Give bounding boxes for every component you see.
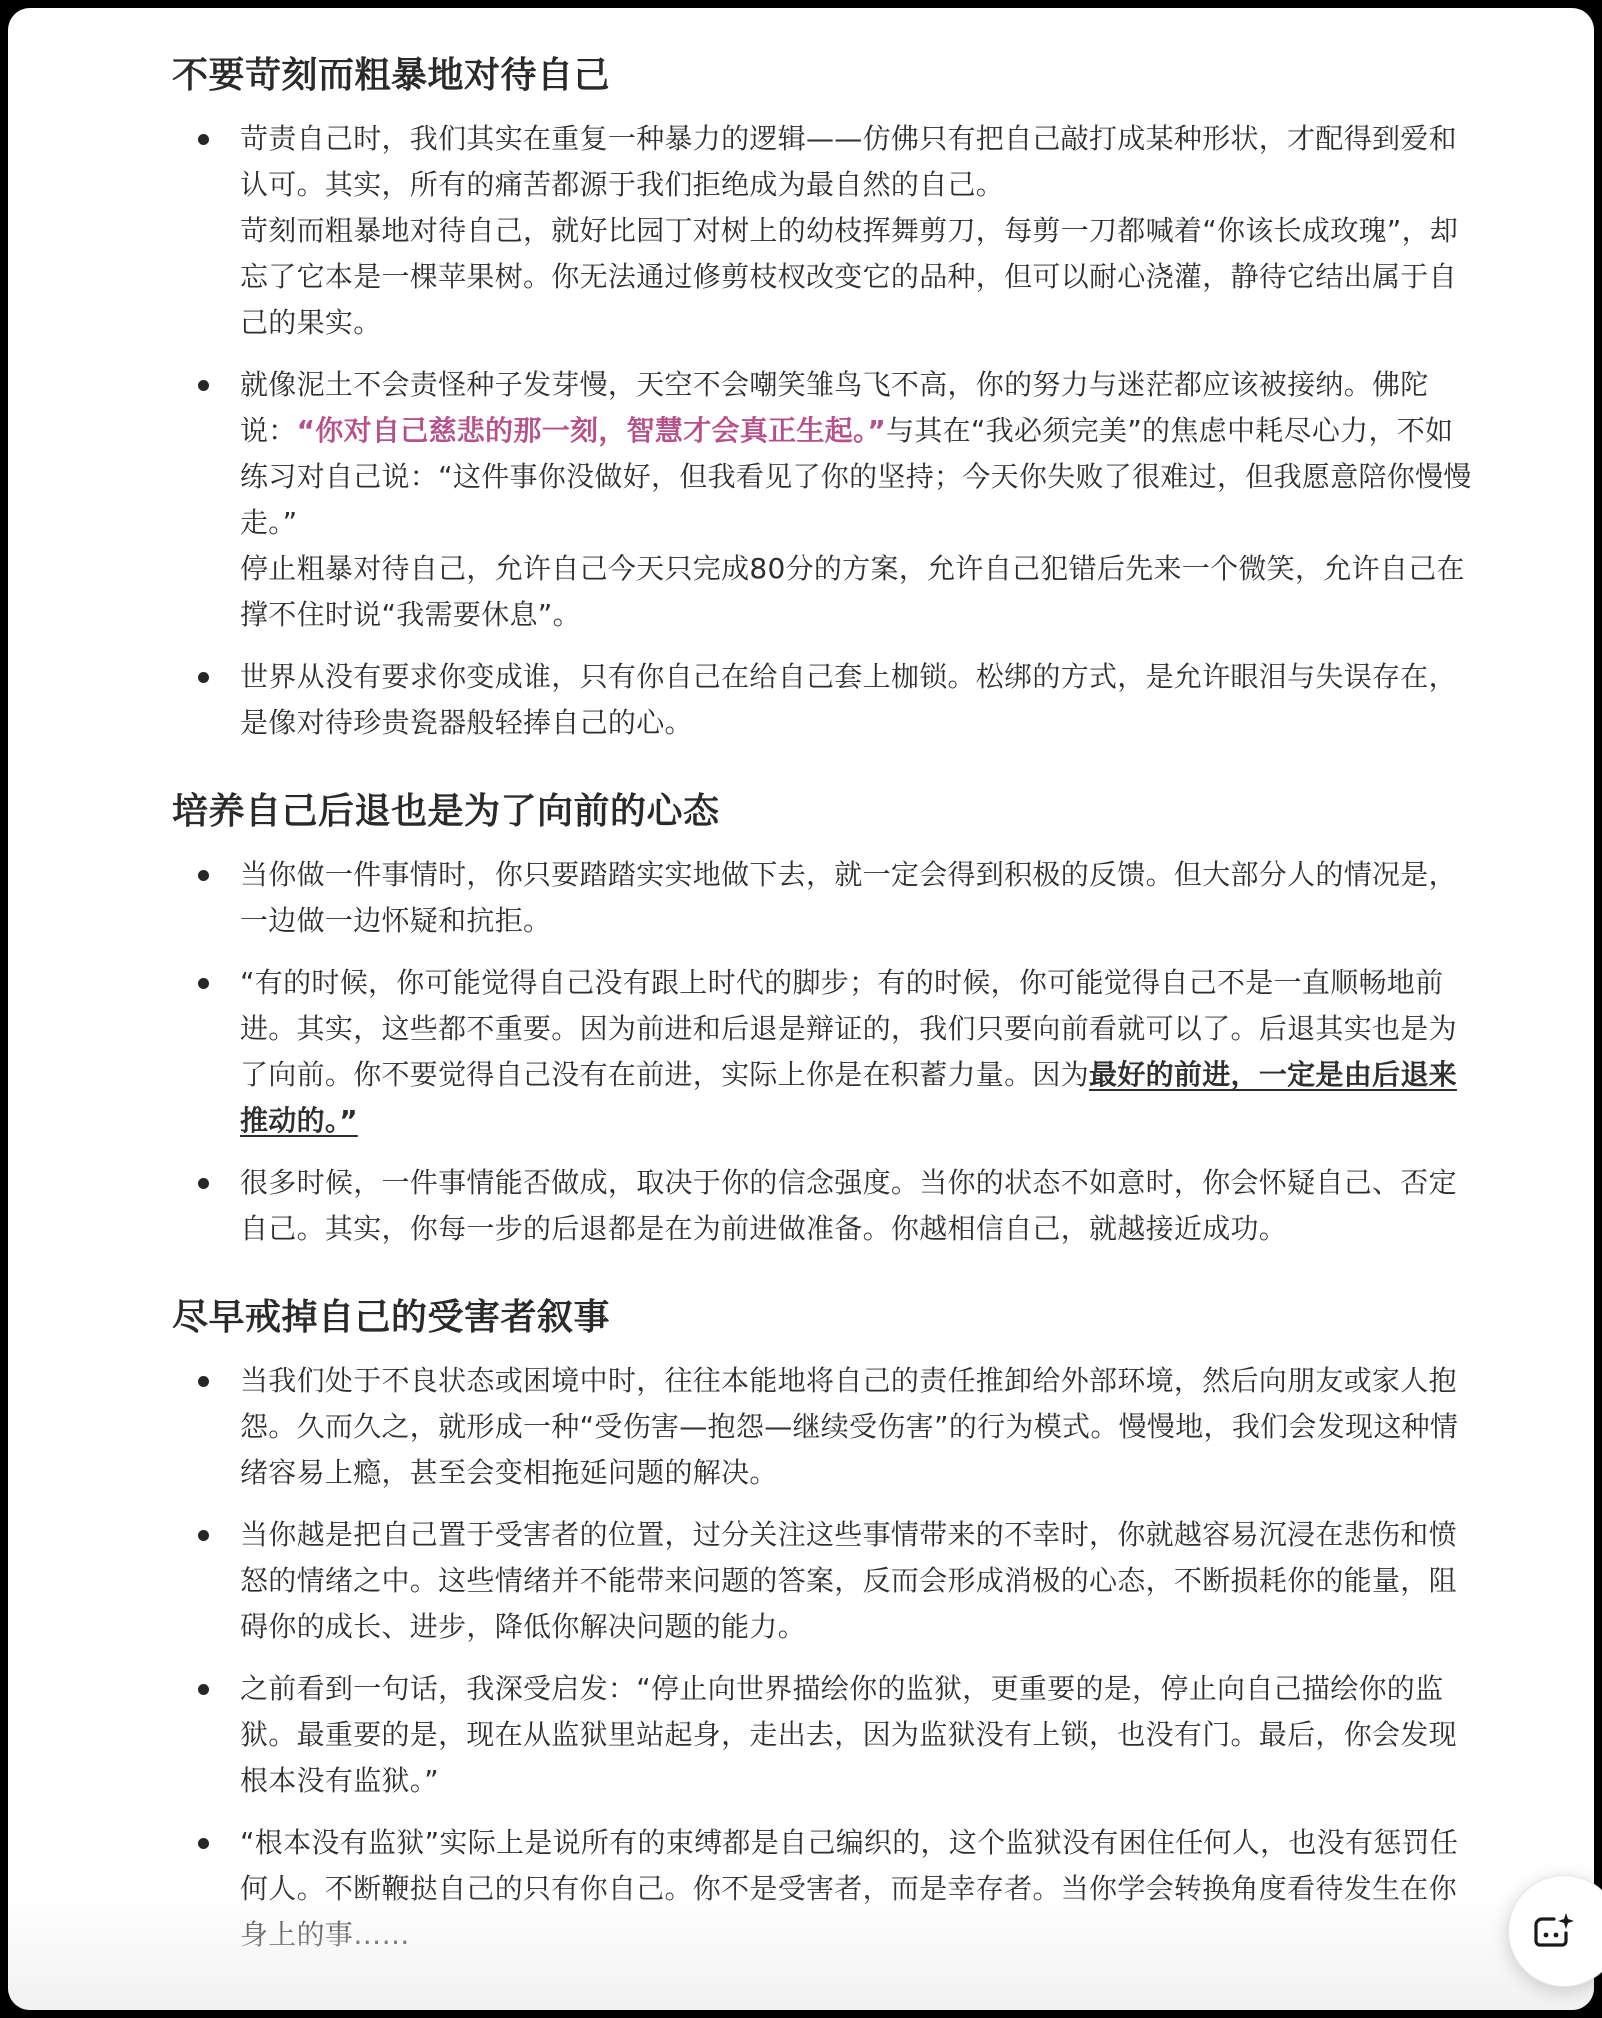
paragraph: 世界从没有要求你变成谁，只有你自己在给自己套上枷锁。松绑的方式，是允许眼泪与失误… bbox=[240, 654, 1472, 746]
highlight-quote: “你对自己慈悲的那一刻，智慧才会真正生起。” bbox=[297, 414, 886, 447]
list-item: 世界从没有要求你变成谁，只有你自己在给自己套上枷锁。松绑的方式，是允许眼泪与失误… bbox=[172, 654, 1472, 746]
bullet-list: 当我们处于不良状态或困境中时，往往本能地将自己的责任推卸给外部环境，然后向朋友或… bbox=[172, 1358, 1472, 1958]
list-item: 当你做一件事情时，你只要踏踏实实地做下去，就一定会得到积极的反馈。但大部分人的情… bbox=[172, 852, 1472, 944]
paragraph: 之前看到一句话，我深受启发：“停止向世界描绘你的监狱，更重要的是，停止向自己描绘… bbox=[240, 1666, 1472, 1804]
list-item: “根本没有监狱”实际上是说所有的束缚都是自己编织的，这个监狱没有困住任何人，也没… bbox=[172, 1820, 1472, 1958]
section-heading: 培养自己后退也是为了向前的心态 bbox=[172, 784, 1472, 840]
bullet-icon bbox=[198, 1838, 209, 1849]
list-item: “有的时候，你可能觉得自己没有跟上时代的脚步；有的时候，你可能觉得自己不是一直顺… bbox=[172, 960, 1472, 1144]
section-heading: 不要苛刻而粗暴地对待自己 bbox=[172, 48, 1472, 104]
bullet-list: 苛责自己时，我们其实在重复一种暴力的逻辑——仿佛只有把自己敲打成某种形状，才配得… bbox=[172, 116, 1472, 746]
bullet-icon bbox=[198, 672, 209, 683]
paragraph: 当你做一件事情时，你只要踏踏实实地做下去，就一定会得到积极的反馈。但大部分人的情… bbox=[240, 852, 1472, 944]
bullet-list: 当你做一件事情时，你只要踏踏实实地做下去，就一定会得到积极的反馈。但大部分人的情… bbox=[172, 852, 1472, 1252]
bullet-icon bbox=[198, 1684, 209, 1695]
bullet-icon bbox=[198, 1376, 209, 1387]
paragraph: 苛刻而粗暴地对待自己，就好比园丁对树上的幼枝挥舞剪刀，每剪一刀都喊着“你该长成玫… bbox=[240, 208, 1472, 346]
article-content: 不要苛刻而粗暴地对待自己 苛责自己时，我们其实在重复一种暴力的逻辑——仿佛只有把… bbox=[172, 48, 1472, 1974]
bullet-icon bbox=[198, 978, 209, 989]
list-item: 当你越是把自己置于受害者的位置，过分关注这些事情带来的不幸时，你就越容易沉浸在悲… bbox=[172, 1512, 1472, 1650]
bullet-icon bbox=[198, 134, 209, 145]
section-heading: 尽早戒掉自己的受害者叙事 bbox=[172, 1290, 1472, 1346]
paragraph: “有的时候，你可能觉得自己没有跟上时代的脚步；有的时候，你可能觉得自己不是一直顺… bbox=[240, 960, 1472, 1144]
list-item: 很多时候，一件事情能否做成，取决于你的信念强度。当你的状态不如意时，你会怀疑自己… bbox=[172, 1160, 1472, 1252]
paragraph: 停止粗暴对待自己，允许自己今天只完成80分的方案，允许自己犯错后先来一个微笑，允… bbox=[240, 546, 1472, 638]
list-item: 就像泥土不会责怪种子发芽慢，天空不会嘲笑雏鸟飞不高，你的努力与迷茫都应该被接纳。… bbox=[172, 362, 1472, 638]
bullet-icon bbox=[198, 380, 209, 391]
paragraph: 当我们处于不良状态或困境中时，往往本能地将自己的责任推卸给外部环境，然后向朋友或… bbox=[240, 1358, 1472, 1496]
bullet-icon bbox=[198, 870, 209, 881]
paragraph: 就像泥土不会责怪种子发芽慢，天空不会嘲笑雏鸟飞不高，你的努力与迷茫都应该被接纳。… bbox=[240, 362, 1472, 546]
list-item: 之前看到一句话，我深受启发：“停止向世界描绘你的监狱，更重要的是，停止向自己描绘… bbox=[172, 1666, 1472, 1804]
document-card: 不要苛刻而粗暴地对待自己 苛责自己时，我们其实在重复一种暴力的逻辑——仿佛只有把… bbox=[8, 8, 1594, 2010]
bullet-icon bbox=[198, 1178, 209, 1189]
bullet-icon bbox=[198, 1530, 209, 1541]
paragraph: 很多时候，一件事情能否做成，取决于你的信念强度。当你的状态不如意时，你会怀疑自己… bbox=[240, 1160, 1472, 1252]
list-item: 当我们处于不良状态或困境中时，往往本能地将自己的责任推卸给外部环境，然后向朋友或… bbox=[172, 1358, 1472, 1496]
paragraph: 当你越是把自己置于受害者的位置，过分关注这些事情带来的不幸时，你就越容易沉浸在悲… bbox=[240, 1512, 1472, 1650]
paragraph: 苛责自己时，我们其实在重复一种暴力的逻辑——仿佛只有把自己敲打成某种形状，才配得… bbox=[240, 116, 1472, 208]
ai-chat-sparkle-icon bbox=[1532, 1911, 1576, 1951]
paragraph: “根本没有监狱”实际上是说所有的束缚都是自己编织的，这个监狱没有困住任何人，也没… bbox=[240, 1820, 1472, 1958]
list-item: 苛责自己时，我们其实在重复一种暴力的逻辑——仿佛只有把自己敲打成某种形状，才配得… bbox=[172, 116, 1472, 346]
